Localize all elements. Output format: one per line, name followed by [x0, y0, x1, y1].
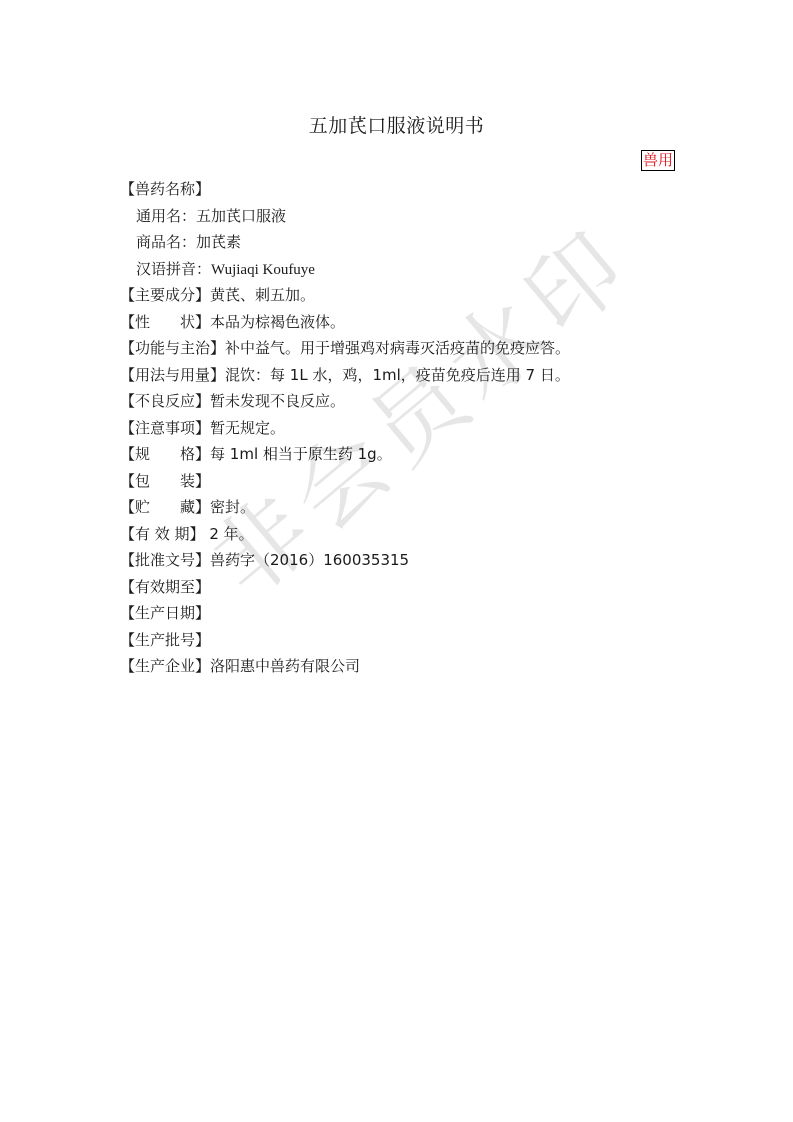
pinyin-value: Wujiaqi Koufuye — [211, 262, 315, 278]
field-label: 【兽药名称】 — [120, 176, 210, 203]
field-appearance: 【性 状】本品为棕褐色液体。 — [120, 309, 570, 336]
name-section-heading: 【兽药名称】 — [120, 176, 570, 203]
field-label: 【功能与主治】 — [120, 335, 225, 362]
field-value: 每 1ml 相当于原生药 1g。 — [210, 441, 392, 468]
field-label: 【规 格】 — [120, 441, 210, 468]
field-packaging: 【包 装】 — [120, 468, 570, 495]
field-label: 【生产日期】 — [120, 600, 210, 627]
field-ingredients: 【主要成分】黄芪、刺五加。 — [120, 282, 570, 309]
field-manufacturer: 【生产企业】洛阳惠中兽药有限公司 — [120, 653, 570, 680]
field-label: 【主要成分】 — [120, 282, 210, 309]
field-label: 【包 装】 — [120, 468, 210, 495]
field-label: 【有效期至】 — [120, 574, 210, 601]
field-label: 【注意事项】 — [120, 415, 210, 442]
field-label: 【批准文号】 — [120, 547, 210, 574]
field-expiry-date: 【有效期至】 — [120, 574, 570, 601]
field-approval-number: 【批准文号】兽药字（2016）160035315 — [120, 547, 570, 574]
field-value: 暂未发现不良反应。 — [210, 388, 345, 415]
pinyin-label: 汉语拼音： — [136, 260, 211, 278]
field-value: 2 年。 — [205, 521, 254, 548]
field-precautions: 【注意事项】暂无规定。 — [120, 415, 570, 442]
field-label: 【用法与用量】 — [120, 362, 225, 389]
field-adverse-reactions: 【不良反应】暂未发现不良反应。 — [120, 388, 570, 415]
trade-name: 商品名：加芪素 — [120, 229, 570, 256]
common-name: 通用名：五加芪口服液 — [120, 203, 570, 230]
field-shelf-life: 【有 效 期】 2 年。 — [120, 521, 570, 548]
field-label: 【贮 藏】 — [120, 494, 210, 521]
field-specification: 【规 格】每 1ml 相当于原生药 1g。 — [120, 441, 570, 468]
document-body: 【兽药名称】 通用名：五加芪口服液 商品名：加芪素 汉语拼音：Wujiaqi K… — [120, 176, 570, 680]
field-value: 密封。 — [210, 494, 255, 521]
field-production-date: 【生产日期】 — [120, 600, 570, 627]
field-value: 兽药字（2016）160035315 — [210, 547, 409, 574]
field-value: 混饮：每 1L 水，鸡，1ml，疫苗免疫后连用 7 日。 — [225, 362, 570, 389]
field-storage: 【贮 藏】密封。 — [120, 494, 570, 521]
field-value: 黄芪、刺五加。 — [210, 282, 315, 309]
pinyin-name: 汉语拼音：Wujiaqi Koufuye — [120, 256, 570, 283]
field-value: 本品为棕褐色液体。 — [210, 309, 345, 336]
field-label: 【有 效 期】 — [120, 521, 205, 548]
document-title: 五加芪口服液说明书 — [0, 111, 793, 138]
field-label: 【生产批号】 — [120, 627, 210, 654]
field-dosage: 【用法与用量】混饮：每 1L 水，鸡，1ml，疫苗免疫后连用 7 日。 — [120, 362, 570, 389]
field-indications: 【功能与主治】补中益气。用于增强鸡对病毒灭活疫苗的免疫应答。 — [120, 335, 570, 362]
field-value: 补中益气。用于增强鸡对病毒灭活疫苗的免疫应答。 — [225, 335, 570, 362]
field-value: 洛阳惠中兽药有限公司 — [210, 653, 360, 680]
field-label: 【不良反应】 — [120, 388, 210, 415]
field-label: 【性 状】 — [120, 309, 210, 336]
field-value: 暂无规定。 — [210, 415, 285, 442]
veterinary-use-badge: 兽用 — [641, 150, 675, 171]
field-label: 【生产企业】 — [120, 653, 210, 680]
field-batch-number: 【生产批号】 — [120, 627, 570, 654]
